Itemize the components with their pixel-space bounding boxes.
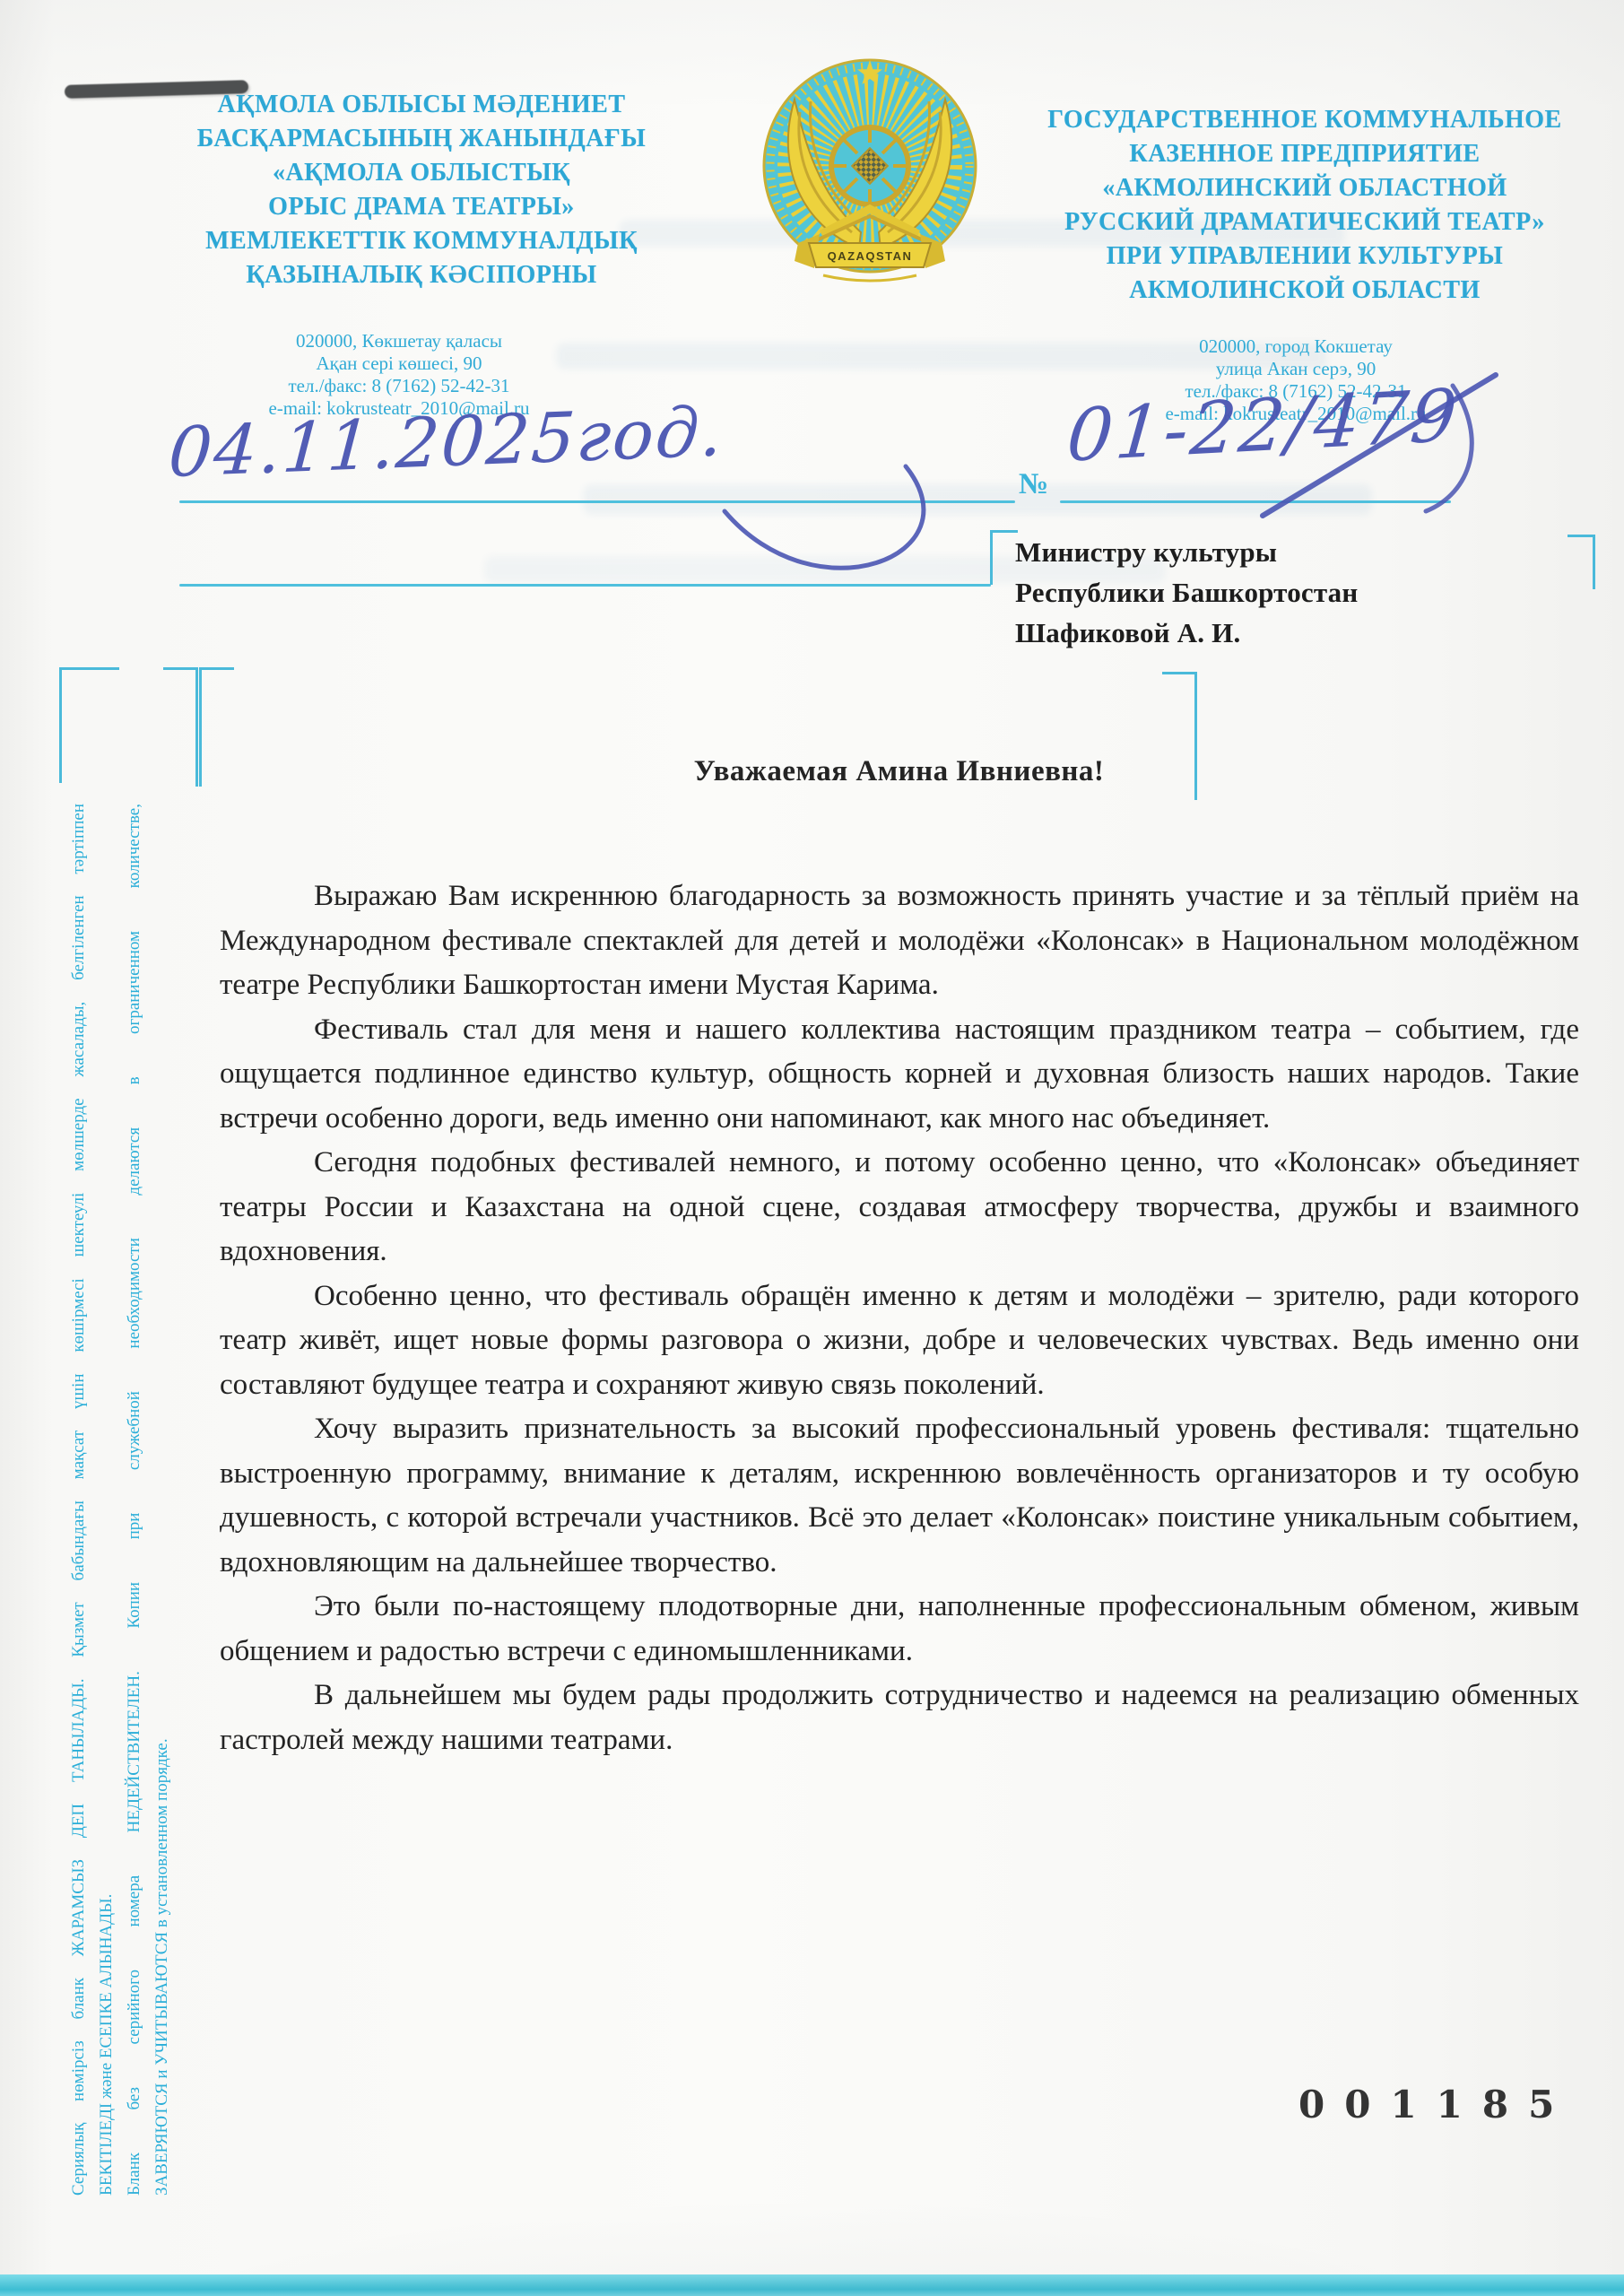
org-name-kazakh: АҚМОЛА ОБЛЫСЫ МӘДЕНИЕТ БАСҚАРМАСЫНЫҢ ЖАН… [152,88,690,292]
addressee-line: Республики Башкортостан [1015,572,1358,613]
address-kazakh-line: тел./факс: 8 (7162) 52-42-31 [157,375,641,397]
emblem-banner-text: QAZAQSTAN [828,249,913,263]
salutation: Уважаемая Амина Ивниевна! [220,755,1578,788]
side-note-line-russian: ЗАВЕРЯЮТСЯ и УЧИТЫВАЮТСЯ в установленном… [148,804,176,2196]
org-name-russian-line: ГОСУДАРСТВЕННОЕ КОММУНАЛЬНОЕ [991,103,1619,137]
number-sign: № [1019,468,1048,501]
number-underline [1060,500,1451,503]
zone-corner-mark [59,667,119,783]
org-name-russian-line: АКМОЛИНСКОЙ ОБЛАСТИ [991,274,1619,308]
org-name-kazakh-line: ОРЫС ДРАМА ТЕАТРЫ» [152,190,690,224]
addressee-block: Министру культуры Республики Башкортоста… [1015,532,1358,653]
addressee-line: Шафиковой А. И. [1015,613,1358,653]
body-paragraph: Особенно ценно, что фестиваль обращён им… [220,1274,1579,1408]
org-name-russian-line: ПРИ УПРАВЛЕНИИ КУЛЬТУРЫ [991,239,1619,274]
side-note-line-kazakh: Сериялық нөмірсіз бланк ЖАРАМСЫЗ ДЕП ТАН… [65,804,92,2196]
org-name-kazakh-line: «АҚМОЛА ОБЛЫСТЫҚ [152,156,690,190]
body-paragraph: Сегодня подобных фестивалей немного, и п… [220,1141,1579,1274]
blank-control-side-note: Сериялық нөмірсіз бланк ЖАРАМСЫЗ ДЕП ТАН… [65,804,176,2196]
zone-corner-mark [163,667,198,787]
blank-serial-number: 001185 [1298,2083,1574,2126]
second-underline [179,584,991,587]
org-name-kazakh-line: ҚАЗЫНАЛЫҚ КӘСІПОРНЫ [152,258,690,292]
scan-edge-strip [0,2274,1624,2296]
org-name-russian-line: РУССКИЙ ДРАМАТИЧЕСКИЙ ТЕАТР» [991,205,1619,239]
side-note-line-kazakh: БЕКІТІЛЕДІ және ЕСЕПКЕ АЛЫНАДЫ. [92,804,120,2196]
org-name-russian: ГОСУДАРСТВЕННОЕ КОММУНАЛЬНОЕ КАЗЕННОЕ ПР… [991,103,1619,308]
addressee-corner-mark [1568,535,1595,589]
body-paragraph: Фестиваль стал для меня и нашего коллект… [220,1008,1579,1142]
kazakhstan-coat-of-arms-icon: QAZAQSTAN [759,49,981,290]
address-russian-line: улица Акан серэ, 90 [1045,358,1547,380]
letter-body: Выражаю Вам искреннюю благодарность за в… [220,874,1579,1762]
address-russian-line: 020000, город Кокшетау [1045,335,1547,358]
body-paragraph: Это были по-настоящему плодотворные дни,… [220,1585,1579,1674]
org-name-kazakh-line: БАСҚАРМАСЫНЫҢ ЖАНЫНДАҒЫ [152,122,690,156]
date-underline [179,500,1015,503]
addressee-line: Министру культуры [1015,532,1358,572]
org-name-kazakh-line: АҚМОЛА ОБЛЫСЫ МӘДЕНИЕТ [152,88,690,122]
org-name-russian-line: «АКМОЛИНСКИЙ ОБЛАСТНОЙ [991,171,1619,205]
body-paragraph: В дальнейшем мы будем рады продолжить со… [220,1674,1579,1762]
org-name-kazakh-line: МЕМЛЕКЕТТІК КОММУНАЛДЫҚ [152,224,690,258]
address-kazakh-line: 020000, Көкшетау қаласы [157,330,641,352]
body-paragraph: Выражаю Вам искреннюю благодарность за в… [220,874,1579,1008]
addressee-corner-mark [990,530,1018,585]
org-name-russian-line: КАЗЕННОЕ ПРЕДПРИЯТИЕ [991,137,1619,171]
body-paragraph: Хочу выразить признательность за высокий… [220,1407,1579,1585]
address-kazakh-line: Ақан сері көшесі, 90 [157,352,641,375]
scanned-letter-page: АҚМОЛА ОБЛЫСЫ МӘДЕНИЕТ БАСҚАРМАСЫНЫҢ ЖАН… [0,0,1624,2296]
side-note-line-russian: Бланк без серийного номера НЕДЕЙСТВИТЕЛЕ… [120,804,148,2196]
